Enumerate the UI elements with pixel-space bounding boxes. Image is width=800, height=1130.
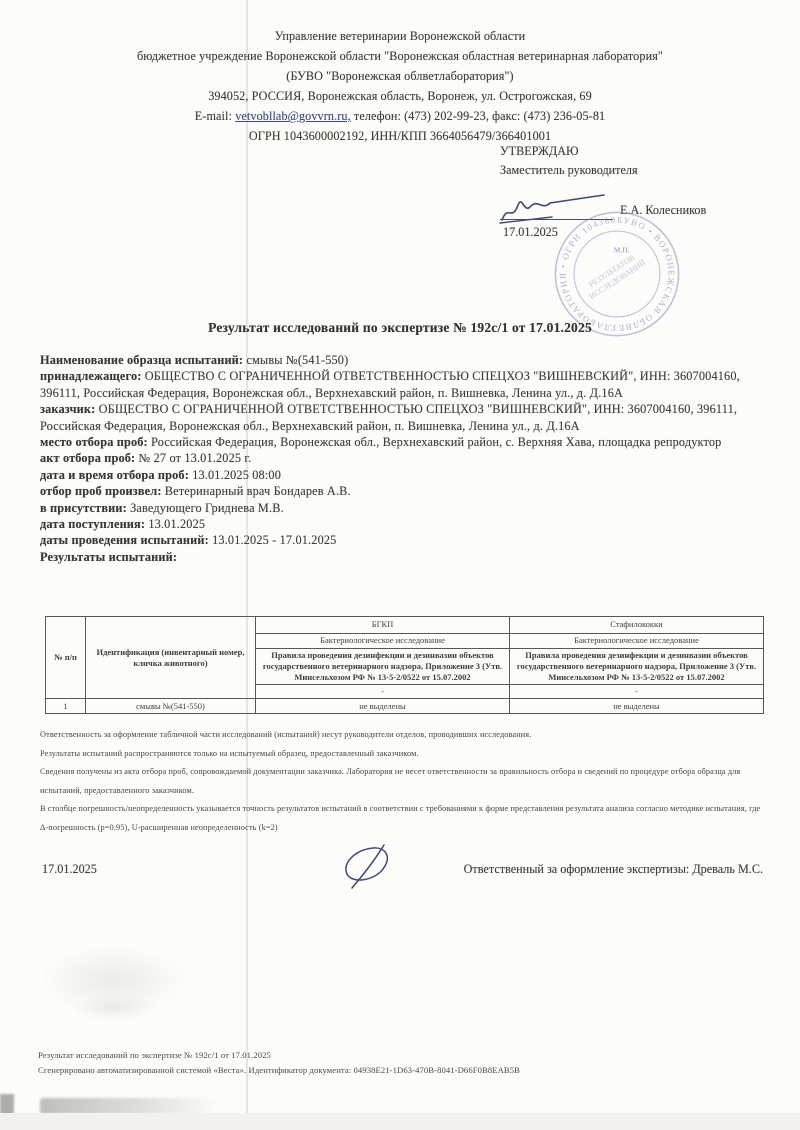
responsible-signature-icon <box>338 842 400 892</box>
document-footer: Результат исследований по экспертизе № 1… <box>38 1048 768 1077</box>
stamp-mp-text: М.П. <box>614 247 630 255</box>
footnote-uncertainty: В столбце погрешность/неопределенность у… <box>40 800 763 837</box>
results-table: № п/п Идентификация (инвентарный номер, … <box>45 616 764 714</box>
col-header-identification: Идентификация (инвентарный номер, кличка… <box>86 617 256 699</box>
field-sampling-datetime: дата и время отбора проб: 13.01.2025 08:… <box>40 467 763 483</box>
group-header-bgkp: БГКП <box>256 617 510 634</box>
result-bgkp: не выделены <box>256 699 510 714</box>
handwritten-signature-icon <box>496 192 614 226</box>
email-label: E-mail: <box>195 109 232 123</box>
field-witness: в присутствии: Заведующего Гриднева М.В. <box>40 500 763 516</box>
scanned-document-page: Управление ветеринарии Воронежской облас… <box>0 0 800 1130</box>
footer-expertise-line: Результат исследований по экспертизе № 1… <box>38 1048 768 1063</box>
approve-signature-row: Е.А. Колесников <box>500 194 770 220</box>
approver-name: Е.А. Колесников <box>620 201 706 220</box>
group-header-staph: Стафилококки <box>510 617 764 634</box>
footnote-responsibility: Ответственность за оформление табличной … <box>40 726 763 745</box>
field-sampling-act: акт отбора проб: № 27 от 13.01.2025 г. <box>40 450 763 466</box>
row-sample-id: смывы №(541-550) <box>86 699 256 714</box>
approve-title: УТВЕРЖДАЮ <box>500 142 770 161</box>
method-bgkp: Правила проведения дезинфекции и дезинва… <box>256 649 510 685</box>
approval-block: УТВЕРЖДАЮ Заместитель руководителя Е.А. … <box>500 142 770 242</box>
footnotes-block: Ответственность за оформление табличной … <box>40 726 763 838</box>
sample-info-block: Наименование образца испытаний: смывы №(… <box>40 352 763 565</box>
footnote-sampling-info: Сведения получены из акта отбора проб, с… <box>40 763 763 800</box>
field-sampled-by: отбор проб произвел: Ветеринарный врач Б… <box>40 483 763 499</box>
uncertainty-staph: - <box>510 685 764 699</box>
field-sample-name: Наименование образца испытаний: смывы №(… <box>40 352 763 368</box>
study-type-staph: Бактериологическое исследование <box>510 634 764 649</box>
uncertainty-bgkp: - <box>256 685 510 699</box>
study-type-bgkp: Бактериологическое исследование <box>256 634 510 649</box>
row-num: 1 <box>46 699 86 714</box>
org-parent-line: Управление ветеринарии Воронежской облас… <box>0 26 800 46</box>
field-owner: принадлежащего: ОБЩЕСТВО С ОГРАНИЧЕННОЙ … <box>40 368 763 401</box>
approve-role: Заместитель руководителя <box>500 161 770 180</box>
field-testing-dates: даты проведения испытаний: 13.01.2025 - … <box>40 532 763 548</box>
signature-line <box>500 194 613 220</box>
phone-fax-text: телефон: (473) 202-99-23, факс: (473) 23… <box>354 109 605 123</box>
field-received-date: дата поступления: 13.01.2025 <box>40 516 763 532</box>
responsible-person: Ответственный за оформление экспертизы: … <box>464 862 763 877</box>
document-title: Результат исследований по экспертизе № 1… <box>0 320 800 336</box>
scan-smudge <box>70 995 160 1021</box>
email-link: vetvobllab@govvrn.ru, <box>235 109 351 123</box>
stamp-inner-line2: ИССЛЕДОВАНИЙ <box>588 258 648 301</box>
org-name-line: бюджетное учреждение Воронежской области… <box>0 46 800 66</box>
org-contacts-line: E-mail: vetvobllab@govvrn.ru, телефон: (… <box>0 106 800 126</box>
org-address-line: 394052, РОССИЯ, Воронежская область, Вор… <box>0 86 800 106</box>
results-table-wrap: № п/п Идентификация (инвентарный номер, … <box>45 616 764 714</box>
scan-bottom-band <box>0 1113 800 1130</box>
field-sampling-place: место отбора проб: Российская Федерация,… <box>40 434 763 450</box>
results-heading: Результаты испытаний: <box>40 549 763 565</box>
footer-generated-line: Сгенерировано автоматизированной системо… <box>38 1063 768 1078</box>
col-header-num: № п/п <box>46 617 86 699</box>
scan-fold-line <box>246 0 248 1130</box>
letterhead: Управление ветеринарии Воронежской облас… <box>0 26 800 146</box>
result-staph: не выделены <box>510 699 764 714</box>
scan-smudge <box>40 1098 220 1114</box>
issue-date: 17.01.2025 <box>42 862 97 877</box>
org-short-name-line: (БУВО "Воронежская облветлаборатория") <box>0 66 800 86</box>
stamp-inner-line1: РЕЗУЛЬТАТОВ <box>587 253 636 289</box>
field-customer: заказчик: ОБЩЕСТВО С ОГРАНИЧЕННОЙ ОТВЕТС… <box>40 401 763 434</box>
method-staph: Правила проведения дезинфекции и дезинва… <box>510 649 764 685</box>
table-row: 1 смывы №(541-550) не выделены не выделе… <box>46 699 764 714</box>
footnote-scope: Результаты испытаний распространяются то… <box>40 745 763 764</box>
